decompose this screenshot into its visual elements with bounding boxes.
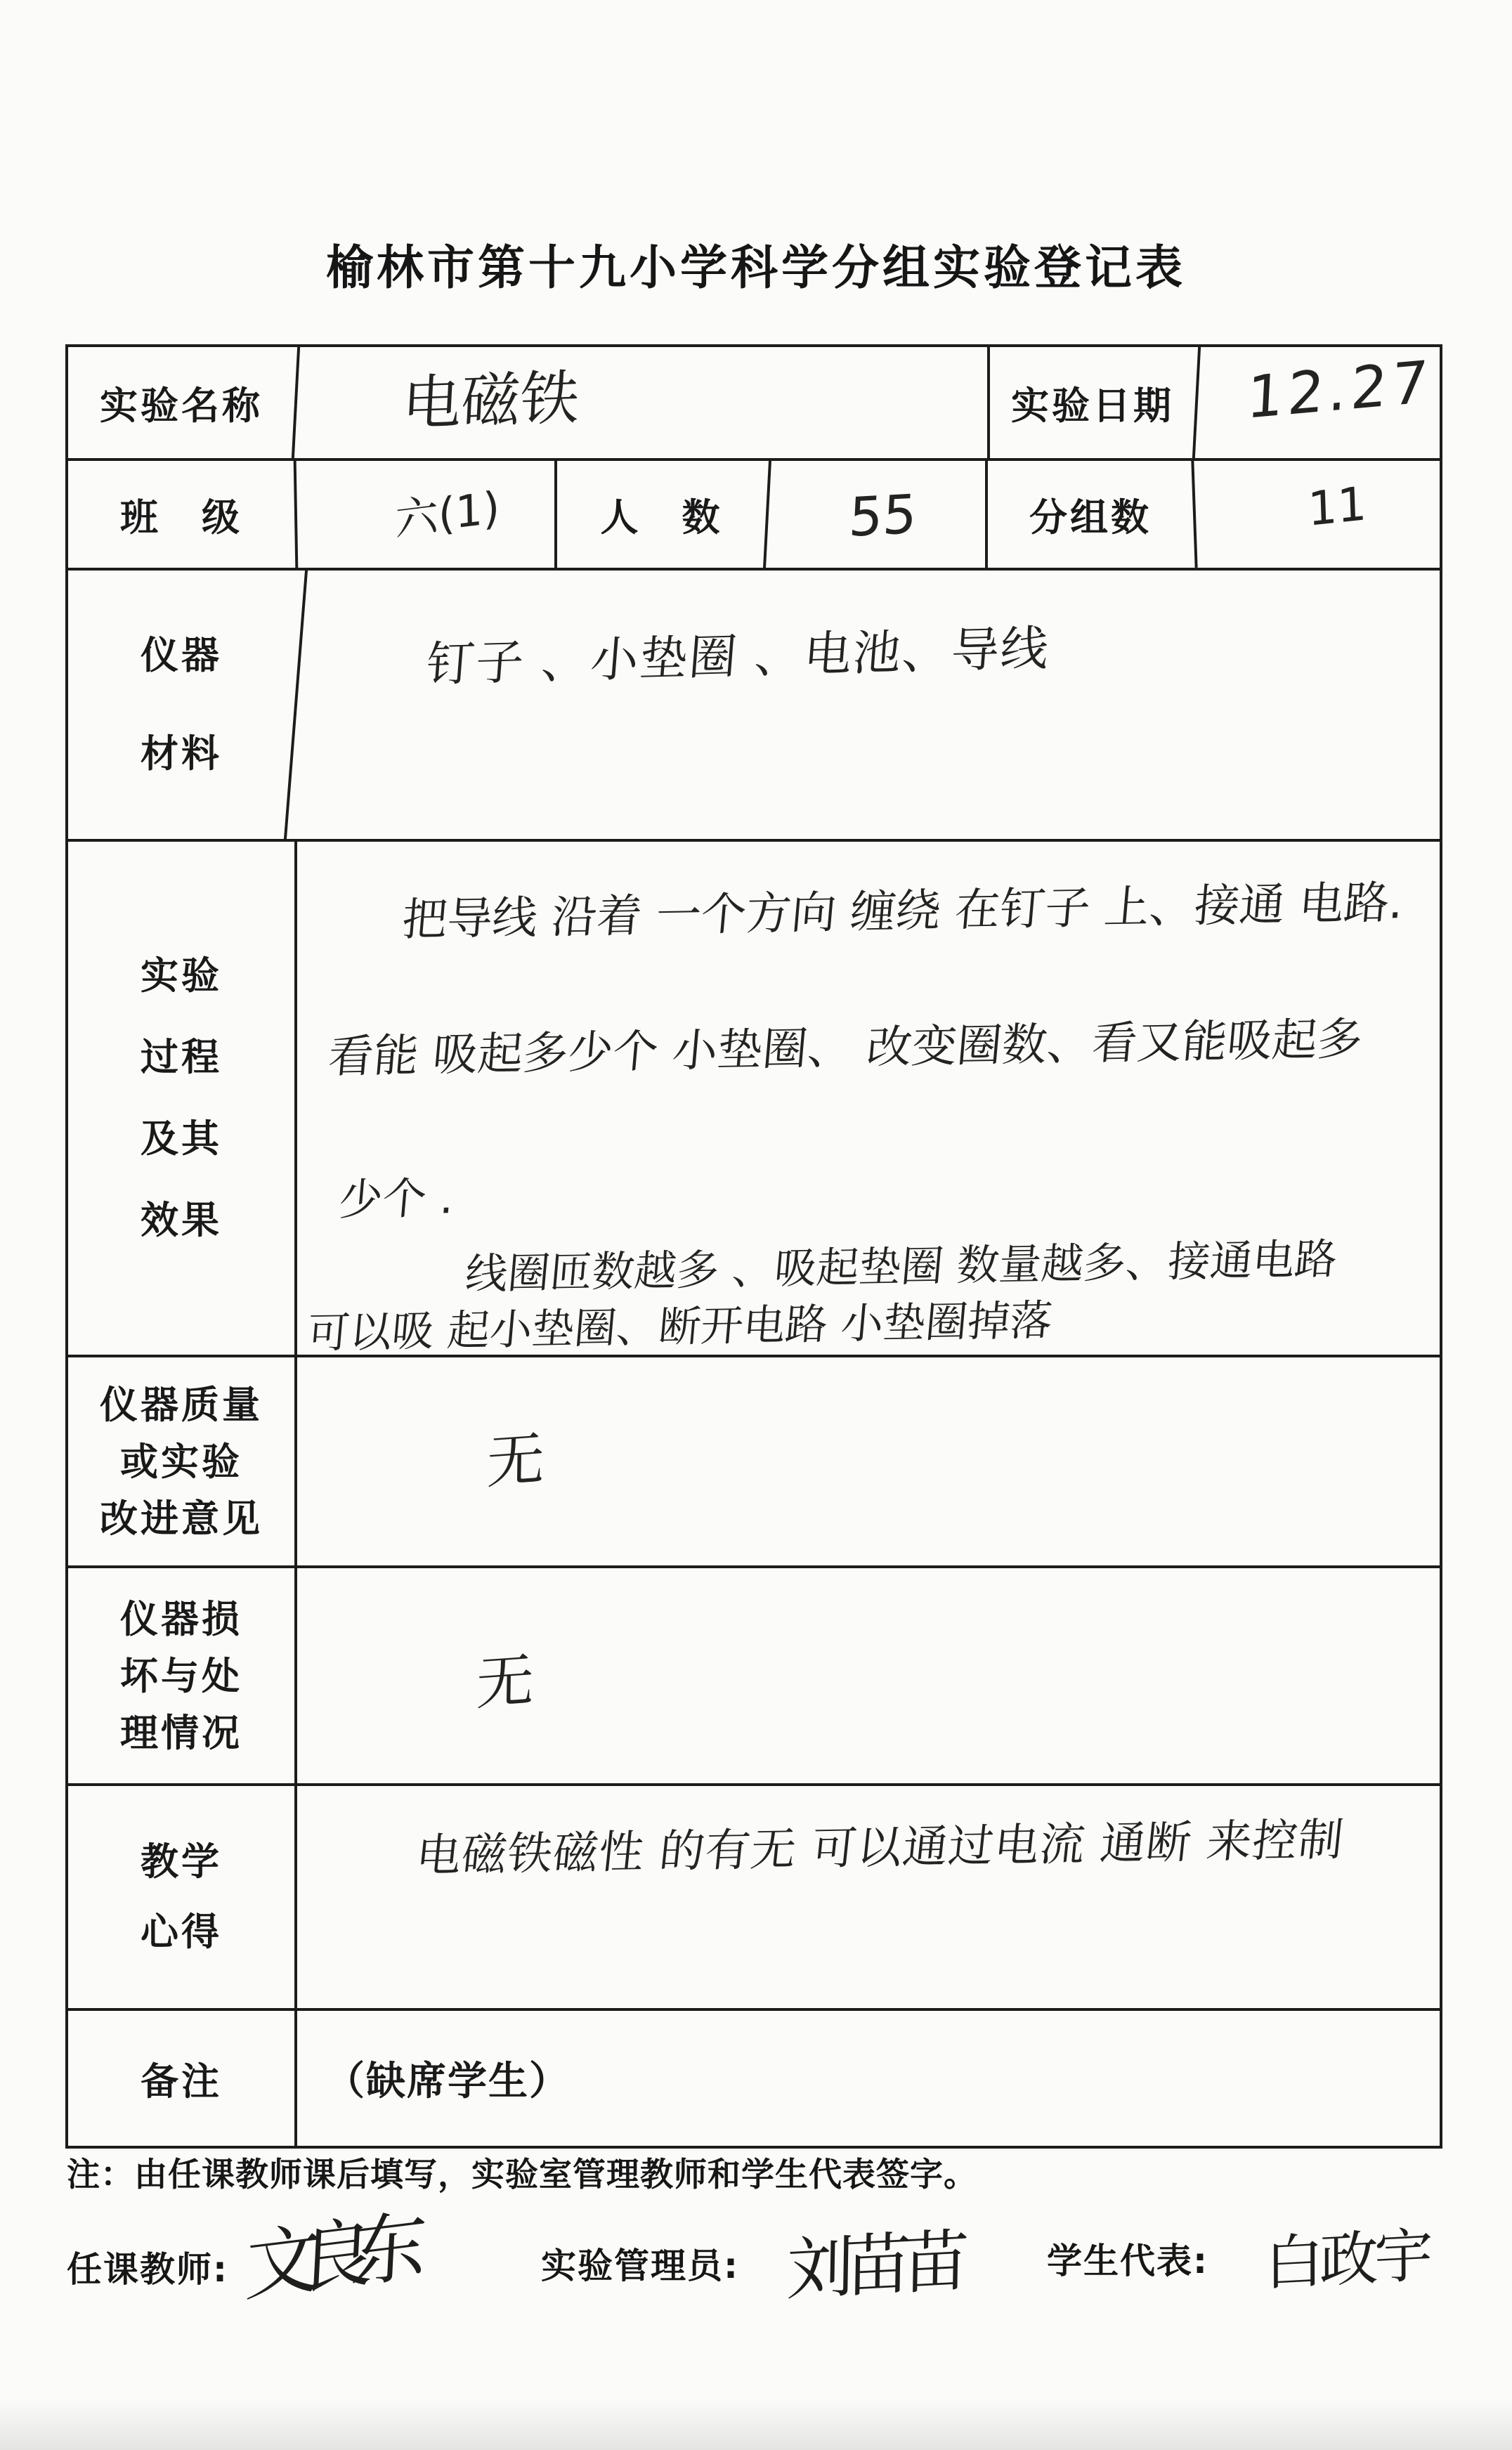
teaching-value-cell: 电磁铁磁性 的有无 可以通过电流 通断 来控制 (294, 1786, 1440, 2008)
scanned-form-page: 榆林市第十九小学科学分组实验登记表 实验名称 电磁铁 实验日期 12.27 班 … (0, 0, 1512, 2450)
process-value: 把导线 沿着 一个方向 缠绕 在钉子 上、接通 电路. 看能 吸起多少个 小垫圈… (294, 842, 1440, 1355)
row-experiment-name: 实验名称 电磁铁 实验日期 12.27 (68, 347, 1440, 458)
form-table: 实验名称 电磁铁 实验日期 12.27 班 级 六(1) 人 数 55 分组数 … (65, 344, 1442, 2149)
teaching-label: 教学 心得 (68, 1786, 294, 2008)
damage-value: 无 (476, 1634, 535, 1721)
materials-label: 仪器 材料 (68, 571, 294, 839)
process-line-2: 看能 吸起多少个 小垫圈、 改变圈数、看又能吸起多 (326, 1003, 1366, 1086)
admin-signature: 刘苗苗 (786, 2208, 960, 2313)
experiment-date-label: 实验日期 (987, 347, 1195, 458)
row-remark: 备注 （缺席学生） (68, 2008, 1440, 2146)
teaching-value: 电磁铁磁性 的有无 可以通过电流 通断 来控制 (413, 1804, 1348, 1884)
row-quality: 仪器质量 或实验 改进意见 无 (68, 1355, 1440, 1565)
process-line-5: 可以吸 起小垫圈、断开电路 小垫圈掉落 (305, 1287, 1055, 1360)
quality-value-cell: 无 (294, 1357, 1440, 1565)
damage-value-cell: 无 (294, 1568, 1440, 1783)
teacher-signature: 文良东 (243, 2186, 408, 2316)
student-signature-label: 学生代表: (1047, 2233, 1208, 2283)
class-label: 班 级 (68, 461, 294, 568)
photo-bottom-shadow (0, 2399, 1512, 2450)
teacher-signature-label: 任课教师: (67, 2241, 228, 2292)
process-label: 实验 过程 及其 效果 (68, 842, 294, 1355)
experiment-name-label: 实验名称 (68, 347, 294, 458)
count-label: 人 数 (554, 461, 766, 568)
process-line-1: 把导线 沿着 一个方向 缠绕 在钉子 上、接通 电路. (400, 866, 1407, 949)
experiment-name-value: 电磁铁 (292, 322, 990, 458)
remark-value: （缺席学生） (294, 2011, 1440, 2146)
remark-label: 备注 (68, 2011, 294, 2146)
damage-label: 仪器损 坏与处 理情况 (68, 1568, 294, 1783)
student-signature: 白政宇 (1265, 2208, 1429, 2302)
row-materials: 仪器 材料 钉子 、小垫圈 、电池、导线 (68, 568, 1440, 839)
count-value: 55 (763, 449, 988, 568)
admin-signature-label: 实验管理员: (541, 2238, 739, 2288)
quality-label: 仪器质量 或实验 改进意见 (68, 1357, 294, 1565)
materials-value: 钉子 、小垫圈 、电池、导线 (284, 540, 1450, 840)
process-line-3: 少个 . (337, 1163, 457, 1227)
row-teaching: 教学 心得 电磁铁磁性 的有无 可以通过电流 通断 来控制 (68, 1783, 1440, 2008)
row-process: 实验 过程 及其 效果 把导线 沿着 一个方向 缠绕 在钉子 上、接通 电路. … (68, 839, 1440, 1355)
footer-note: 注：由任课教师课后填写，实验室管理教师和学生代表签字。 (67, 2149, 977, 2196)
form-title: 榆林市第十九小学科学分组实验登记表 (0, 230, 1512, 298)
quality-value: 无 (486, 1413, 545, 1499)
row-damage: 仪器损 坏与处 理情况 无 (68, 1565, 1440, 1783)
